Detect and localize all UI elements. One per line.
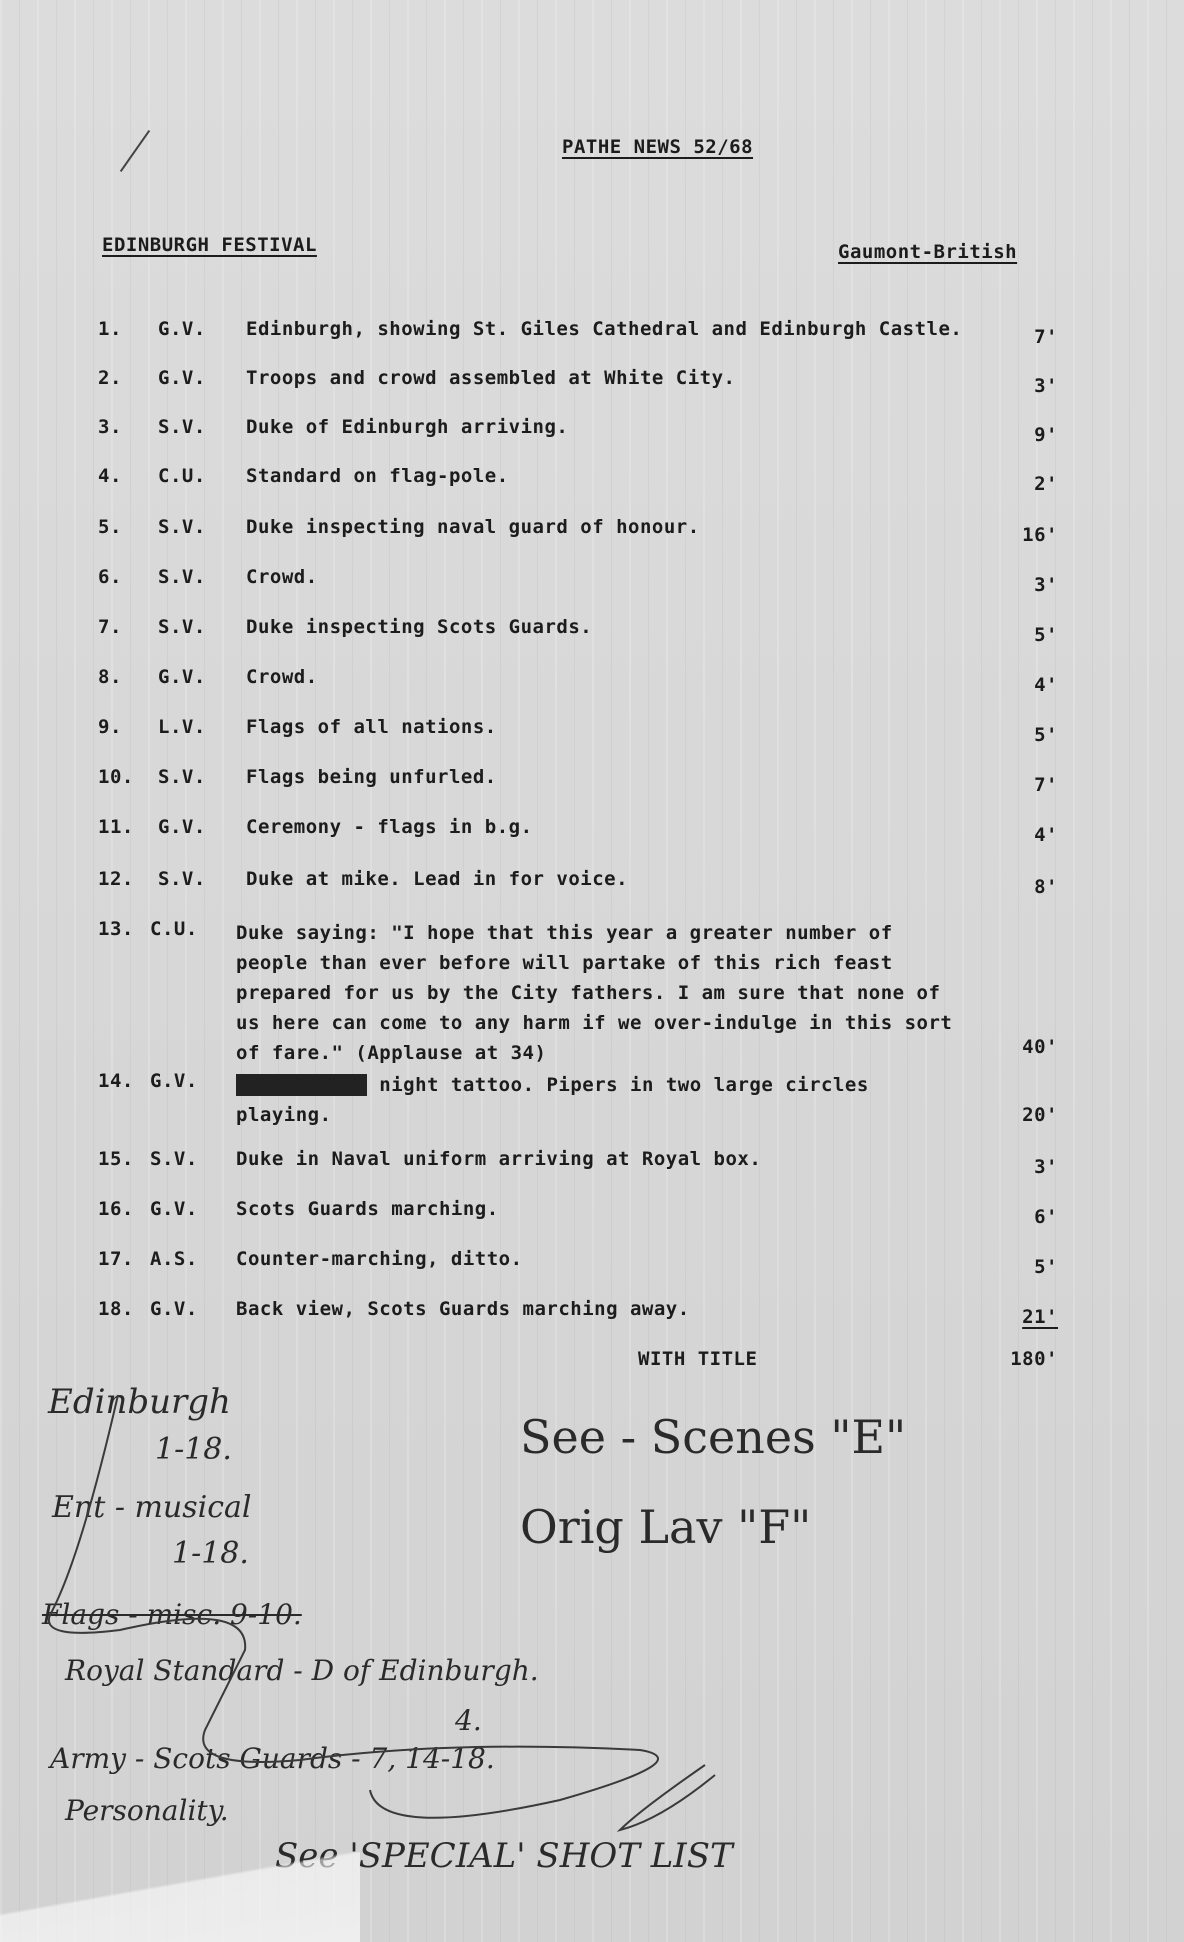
annotation-edinburgh: Edinburgh xyxy=(48,1382,231,1422)
annotation-personality: Personality. xyxy=(65,1794,229,1827)
total-length: 180' xyxy=(998,1348,1058,1370)
annotation-number-4: 4. xyxy=(455,1704,482,1737)
shot-length: 3' xyxy=(998,375,1058,397)
shot-type: S.V. xyxy=(150,1148,210,1170)
shot-type: A.S. xyxy=(150,1248,210,1270)
shot-length: 5' xyxy=(998,724,1058,746)
struck-text: Searchlight xyxy=(236,1074,367,1096)
annotation-royal-standard: Royal Standard - D of Edinburgh. xyxy=(65,1654,539,1687)
story-title: EDINBURGH FESTIVAL xyxy=(102,234,317,256)
shot-description: Crowd. xyxy=(246,566,318,588)
shot-type: S.V. xyxy=(158,566,218,588)
annotation-see-scenes: See - Scenes "E" xyxy=(520,1410,906,1464)
shot-type: S.V. xyxy=(158,416,218,438)
shot-length: 8' xyxy=(998,876,1058,898)
total-label: WITH TITLE xyxy=(638,1348,757,1370)
shot-type: G.V. xyxy=(150,1198,210,1220)
shot-type: S.V. xyxy=(158,766,218,788)
shot-description: Counter-marching, ditto. xyxy=(236,1248,523,1270)
shot-number: 17. xyxy=(98,1248,148,1270)
shot-number: 10. xyxy=(98,766,148,788)
shot-description: Standard on flag-pole. xyxy=(246,465,509,487)
shot-number: 13. xyxy=(98,918,148,940)
shot-number: 8. xyxy=(98,666,148,688)
shot-description: Ceremony - flags in b.g. xyxy=(246,816,533,838)
shot-length: 5' xyxy=(998,1256,1058,1278)
shot-description: Duke inspecting naval guard of honour. xyxy=(246,516,700,538)
shot-description: Flags being unfurled. xyxy=(246,766,497,788)
shot-type: G.V. xyxy=(150,1070,210,1092)
shot-number: 6. xyxy=(98,566,148,588)
shot-description: Scots Guards marching. xyxy=(236,1198,499,1220)
shot-description: Duke at mike. Lead in for voice. xyxy=(246,868,628,890)
shot-length: 7' xyxy=(998,326,1058,348)
shot-description: Searchlight night tattoo. Pipers in two … xyxy=(236,1070,956,1130)
shot-type: C.U. xyxy=(150,918,210,940)
shot-description: Duke of Edinburgh arriving. xyxy=(246,416,568,438)
pen-tick-mark xyxy=(120,130,150,172)
shot-length: 3' xyxy=(998,1156,1058,1178)
shot-length: 6' xyxy=(998,1206,1058,1228)
shot-number: 14. xyxy=(98,1070,148,1092)
shot-type: L.V. xyxy=(158,716,218,738)
annotation-orig-lav: Orig Lav "F" xyxy=(520,1500,811,1554)
shot-type: G.V. xyxy=(158,318,218,340)
shot-number: 11. xyxy=(98,816,148,838)
paper-fold xyxy=(0,1852,360,1942)
shot-length: 4' xyxy=(998,674,1058,696)
source-label: Gaumont-British xyxy=(838,241,1017,263)
shot-type: S.V. xyxy=(158,868,218,890)
shot-length: 20' xyxy=(998,1104,1058,1126)
shot-length: 9' xyxy=(998,424,1058,446)
shot-length: 4' xyxy=(998,824,1058,846)
shot-description: Back view, Scots Guards marching away. xyxy=(236,1298,690,1320)
shot-number: 5. xyxy=(98,516,148,538)
shot-type: S.V. xyxy=(158,516,218,538)
shot-type: S.V. xyxy=(158,616,218,638)
annotation-range-2: 1-18. xyxy=(172,1536,249,1571)
shot-description: Crowd. xyxy=(246,666,318,688)
shot-length: 2' xyxy=(998,473,1058,495)
shot-number: 18. xyxy=(98,1298,148,1320)
shot-type: C.U. xyxy=(158,465,218,487)
shot-number: 2. xyxy=(98,367,148,389)
shot-number: 4. xyxy=(98,465,148,487)
shot-type: G.V. xyxy=(158,816,218,838)
shot-number: 12. xyxy=(98,868,148,890)
shot-length: 5' xyxy=(998,624,1058,646)
shot-description: Duke saying: "I hope that this year a gr… xyxy=(236,918,956,1068)
shot-number: 1. xyxy=(98,318,148,340)
shot-number: 9. xyxy=(98,716,148,738)
shot-number: 7. xyxy=(98,616,148,638)
shot-description: Duke in Naval uniform arriving at Royal … xyxy=(236,1148,761,1170)
shot-length: 7' xyxy=(998,774,1058,796)
shot-length: 3' xyxy=(998,574,1058,596)
shot-length: 21' xyxy=(998,1306,1058,1328)
document-title: PATHE NEWS 52/68 xyxy=(562,136,753,158)
annotation-range-1: 1-18. xyxy=(155,1432,232,1467)
shot-type: G.V. xyxy=(158,666,218,688)
shot-number: 16. xyxy=(98,1198,148,1220)
shot-description: Edinburgh, showing St. Giles Cathedral a… xyxy=(246,318,962,340)
shot-description: Troops and crowd assembled at White City… xyxy=(246,367,736,389)
shot-description: Duke inspecting Scots Guards. xyxy=(246,616,592,638)
shot-length: 40' xyxy=(998,1036,1058,1058)
shot-number: 15. xyxy=(98,1148,148,1170)
annotation-ent-musical: Ent - musical xyxy=(52,1490,252,1525)
shot-length: 16' xyxy=(998,524,1058,546)
shot-number: 3. xyxy=(98,416,148,438)
shot-type: G.V. xyxy=(158,367,218,389)
shot-type: G.V. xyxy=(150,1298,210,1320)
shot-description: Flags of all nations. xyxy=(246,716,497,738)
annotation-flags-misc: Flags - misc. 9-10. xyxy=(42,1598,302,1631)
annotation-army-scots-guards: Army - Scots Guards - 7, 14-18. xyxy=(50,1742,495,1775)
